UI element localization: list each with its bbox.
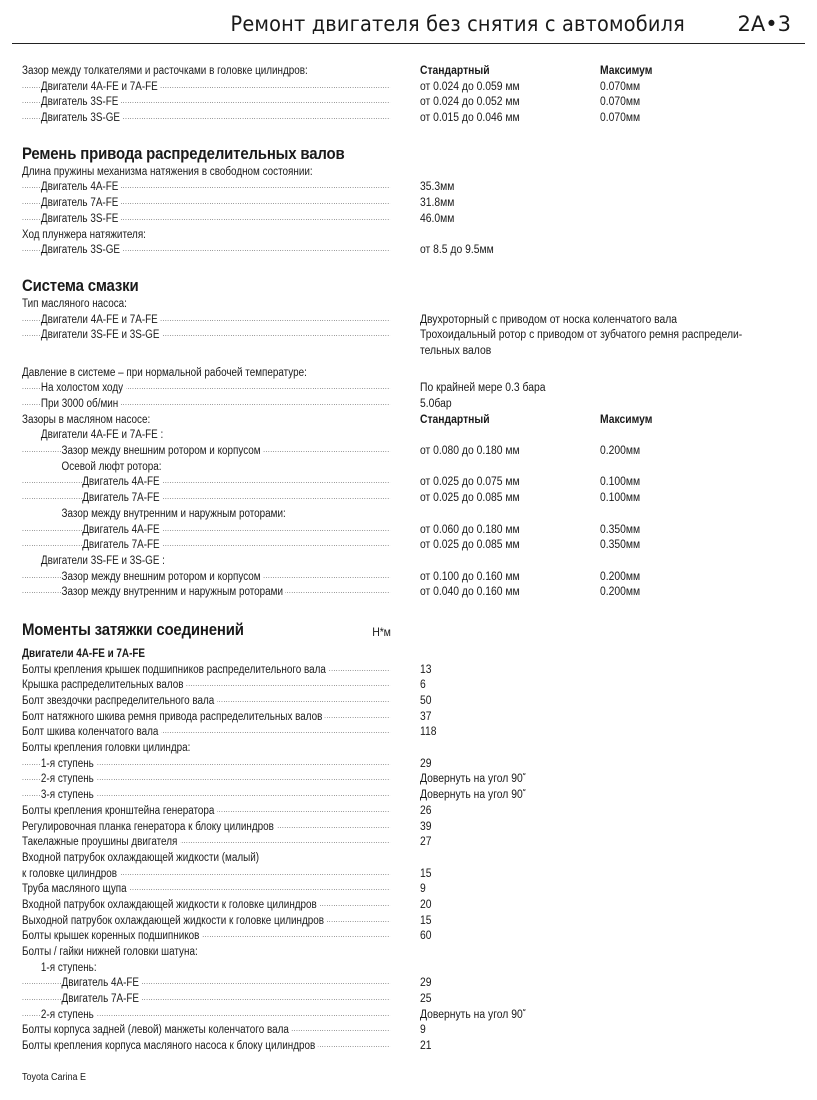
- spec-row: Двигатель 7A-FE от 0.025 до 0.085 мм 0.1…: [22, 491, 802, 507]
- spec-text: 0.200мм: [600, 570, 640, 586]
- spec-text: 26: [420, 804, 432, 820]
- spec-row: Зазор между внутренним и наружным ротора…: [22, 585, 802, 601]
- spec-text: Болты крепления корпуса масляного насоса…: [22, 1040, 318, 1052]
- spec-text: 37: [420, 710, 432, 726]
- spec-text: Труба масляного щупа: [22, 883, 129, 895]
- spec-text: Ход плунжера натяжителя:: [22, 228, 390, 244]
- spec-label: Крышка распределительных валов: [22, 678, 390, 694]
- spec-header-row: Зазоры в масляном насосе: Стандартный Ма…: [22, 413, 802, 429]
- spec-row: Такелажные проушины двигателя27: [22, 835, 802, 851]
- spec-label: Такелажные проушины двигателя: [22, 835, 390, 851]
- spec-text: Двигатель 4A-FE: [62, 977, 142, 989]
- section-title-torque: Моменты затяжки соединений Н*м: [22, 619, 708, 641]
- spec-text: 0.070мм: [600, 111, 640, 127]
- spec-label: Болты крепления крышек подшипников распр…: [22, 663, 390, 679]
- spec-row: Двигатель 4A-FE от 0.025 до 0.075 мм 0.1…: [22, 475, 802, 491]
- spec-row: Болт шкива коленчатого вала118: [22, 725, 802, 741]
- spec-text: Двигатели 4A-FE и 7A-FE: [22, 647, 390, 663]
- spec-text: от 8.5 до 9.5мм: [420, 243, 494, 259]
- spec-text: Болт звездочки распределительного вала: [22, 695, 217, 707]
- spec-text: Довернуть на угол 90˚: [420, 788, 526, 804]
- spec-text: Входной патрубок охлаждающей жидкости (м…: [22, 851, 390, 867]
- spec-row: Крышка распределительных валов6: [22, 678, 802, 694]
- spec-label: 2-я ступень: [22, 1008, 390, 1024]
- spec-text: Максимум: [600, 64, 652, 80]
- spec-group-label: Входной патрубок охлаждающей жидкости (м…: [22, 851, 802, 867]
- spec-text: от 0.080 до 0.180 мм: [420, 444, 520, 460]
- spec-text: Зазор между внешним ротором и корпусом: [62, 445, 264, 457]
- spec-text: Давление в системе – при нормальной рабо…: [22, 366, 390, 382]
- spec-text: 29: [420, 976, 432, 992]
- spec-label: Зазор между внешним ротором и корпусом: [22, 570, 390, 586]
- spec-label: 2-я ступень: [22, 772, 390, 788]
- spec-text: 20: [420, 898, 432, 914]
- spec-text: 118: [420, 725, 437, 741]
- spec-text: 1-я ступень:: [22, 961, 390, 977]
- spec-text: При 3000 об/мин: [41, 398, 121, 410]
- spec-row: Двигатели 3S-FE и 3S-GE Трохоидальный ро…: [22, 328, 802, 359]
- spec-text: Максимум: [600, 413, 652, 429]
- spec-group-label: Тип масляного насоса:: [22, 297, 802, 313]
- spec-text: 27: [420, 835, 432, 851]
- spec-text: Двигатель 4A-FE: [82, 476, 162, 488]
- spec-row: При 3000 об/мин 5.0бар: [22, 397, 802, 413]
- spec-text: 3-я ступень: [41, 789, 96, 801]
- spec-label: 3-я ступень: [22, 788, 390, 804]
- spec-text: На холостом ходу: [41, 382, 126, 394]
- spec-row: Двигатель 7A-FE от 0.025 до 0.085 мм 0.3…: [22, 538, 802, 554]
- document-body: Зазор между толкателями и расточками в г…: [22, 64, 802, 1055]
- spec-text: Болты крепления крышек подшипников распр…: [22, 664, 329, 676]
- spec-row: 2-я ступеньДовернуть на угол 90˚: [22, 772, 802, 788]
- spec-text: от 0.025 до 0.085 мм: [420, 491, 520, 507]
- spec-text: Двигатель 3S-GE: [41, 112, 123, 124]
- spec-text: Болты / гайки нижней головки шатуна:: [22, 945, 390, 961]
- spec-text: 21: [420, 1039, 432, 1055]
- spec-text: Зазор между внутренним и наружным ротора…: [22, 507, 390, 523]
- page-title: Ремонт двигателя без снятия с автомобиля: [231, 12, 685, 36]
- spec-text: Болты крышек коренных подшипников: [22, 930, 202, 942]
- spec-row: Болты крышек коренных подшипников60: [22, 929, 802, 945]
- spec-row: 1-я ступень29: [22, 757, 802, 773]
- spec-text: Двигатель 7A-FE: [62, 993, 142, 1005]
- spec-text: от 0.025 до 0.075 мм: [420, 475, 520, 491]
- spec-label: Двигатель 3S-GE: [22, 243, 390, 259]
- spec-text: от 0.015 до 0.046 мм: [420, 111, 520, 127]
- spec-text: 50: [420, 694, 432, 710]
- spec-text: 0.200мм: [600, 444, 640, 460]
- spec-label: Двигатель 7A-FE: [22, 992, 390, 1008]
- spec-text: 39: [420, 820, 432, 836]
- spec-text: Двигатель 7A-FE: [82, 539, 162, 551]
- spec-text: Двигатели 4A-FE и 7A-FE: [41, 81, 160, 93]
- spec-group-label: Двигатели 3S-FE и 3S-GE :: [22, 554, 802, 570]
- spec-text: от 0.060 до 0.180 мм: [420, 523, 520, 539]
- spec-text: Двигатели 4A-FE и 7A-FE :: [22, 428, 390, 444]
- spec-group-label: Длина пружины механизма натяжения в своб…: [22, 165, 802, 181]
- spec-text: Выходной патрубок охлаждающей жидкости к…: [22, 915, 327, 927]
- spec-text: Болт шкива коленчатого вала: [22, 726, 161, 738]
- spec-text: Стандартный: [420, 413, 490, 429]
- spec-label: Двигатели 4A-FE и 7A-FE: [22, 313, 390, 329]
- spec-label: Болт звездочки распределительного вала: [22, 694, 390, 710]
- spec-text: к головке цилиндров: [22, 868, 120, 880]
- spec-text: Двигатели 3S-FE и 3S-GE: [41, 329, 162, 341]
- spec-group-label: Двигатели 4A-FE и 7A-FE: [22, 647, 802, 663]
- spec-text: 0.350мм: [600, 523, 640, 539]
- spec-row: Болт натяжного шкива ремня привода распр…: [22, 710, 802, 726]
- spec-text: Крышка распределительных валов: [22, 679, 186, 691]
- spec-label: Выходной патрубок охлаждающей жидкости к…: [22, 914, 390, 930]
- spec-text: Длина пружины механизма натяжения в своб…: [22, 165, 390, 181]
- spec-label: Двигатель 4A-FE: [22, 976, 390, 992]
- spec-text: 29: [420, 757, 432, 773]
- spec-row: Двигатель 4A-FE 35.3мм: [22, 180, 802, 196]
- spec-label: Болты крепления корпуса масляного насоса…: [22, 1039, 390, 1055]
- spec-row: Двигатель 3S-FE от 0.024 до 0.052 мм 0.0…: [22, 95, 802, 111]
- section-title-belt: Ремень привода распределительных валов: [22, 143, 708, 165]
- spec-text: 0.070мм: [600, 80, 640, 96]
- spec-label: Двигатель 3S-FE: [22, 95, 390, 111]
- spec-row: Входной патрубок охлаждающей жидкости к …: [22, 898, 802, 914]
- spec-label: Зазор между внутренним и наружным ротора…: [22, 585, 390, 601]
- spec-label: Двигатель 4A-FE: [22, 523, 390, 539]
- spec-label: Болты корпуса задней (левой) манжеты кол…: [22, 1023, 390, 1039]
- spec-text: Регулировочная планка генератора к блоку…: [22, 821, 276, 833]
- spec-row: Двигатель 4A-FE29: [22, 976, 802, 992]
- spec-row: Двигатель 7A-FE 31.8мм: [22, 196, 802, 212]
- spec-text: 2-я ступень: [41, 773, 96, 785]
- spec-row: Болты корпуса задней (левой) манжеты кол…: [22, 1023, 802, 1039]
- spec-text: Стандартный: [420, 64, 490, 80]
- spec-row: Зазор между внешним ротором и корпусом о…: [22, 570, 802, 586]
- spec-group-label: Осевой люфт ротора:: [22, 460, 802, 476]
- spec-text: 15: [420, 914, 432, 930]
- spec-label: Двигатель 3S-GE: [22, 111, 390, 127]
- spec-row: Двигатель 3S-FE 46.0мм: [22, 212, 802, 228]
- torque-unit: Н*м: [372, 621, 390, 643]
- spec-label: Двигатель 4A-FE: [22, 475, 390, 491]
- spec-text: от 0.024 до 0.052 мм: [420, 95, 520, 111]
- spec-text: Болты корпуса задней (левой) манжеты кол…: [22, 1024, 291, 1036]
- spec-text: от 0.100 до 0.160 мм: [420, 570, 520, 586]
- spec-row: Труба масляного щупа9: [22, 882, 802, 898]
- spec-text: Зазор между толкателями и расточками в г…: [22, 64, 390, 80]
- spec-text: Зазоры в масляном насосе:: [22, 413, 390, 429]
- footer-model: Toyota Carina E: [22, 1072, 86, 1083]
- spec-text: 9: [420, 1023, 426, 1039]
- spec-group-label: Болты крепления головки цилиндра:: [22, 741, 802, 757]
- spec-text: 0.200мм: [600, 585, 640, 601]
- page-number: 2A•3: [738, 12, 791, 36]
- spec-row: Болт звездочки распределительного вала50: [22, 694, 802, 710]
- spec-text: 13: [420, 663, 432, 679]
- spec-text: 0.100мм: [600, 475, 640, 491]
- spec-label: Болты крышек коренных подшипников: [22, 929, 390, 945]
- spec-row: Двигатель 3S-GE от 8.5 до 9.5мм: [22, 243, 802, 259]
- spec-text: 9: [420, 882, 426, 898]
- spec-text: Двигатель 3S-FE: [41, 213, 121, 225]
- spec-group-label: Двигатели 4A-FE и 7A-FE :: [22, 428, 802, 444]
- spec-text: 2-я ступень: [41, 1009, 96, 1021]
- spec-text: По крайней мере 0.3 бара: [420, 381, 546, 397]
- spec-text: Моменты затяжки соединений: [22, 620, 244, 639]
- spec-text: Тип масляного насоса:: [22, 297, 390, 313]
- spec-text: Болты крепления кронштейна генератора: [22, 805, 217, 817]
- spec-header-row: Зазор между толкателями и расточками в г…: [22, 64, 802, 80]
- spec-group-label: Давление в системе – при нормальной рабо…: [22, 366, 802, 382]
- spec-row: Выходной патрубок охлаждающей жидкости к…: [22, 914, 802, 930]
- spec-text: 6: [420, 678, 426, 694]
- spec-row: Зазор между внешним ротором и корпусом о…: [22, 444, 802, 460]
- spec-label: Двигатель 7A-FE: [22, 538, 390, 554]
- spec-text: 0.100мм: [600, 491, 640, 507]
- spec-text: Двигатель 7A-FE: [41, 197, 121, 209]
- spec-text: Двигатели 3S-FE и 3S-GE :: [22, 554, 390, 570]
- spec-text: 35.3мм: [420, 180, 454, 196]
- spec-group-label: Зазор между внутренним и наружным ротора…: [22, 507, 802, 523]
- spec-text: Трохоидальный ротор с приводом от зубчат…: [420, 328, 762, 359]
- spec-text: Такелажные проушины двигателя: [22, 836, 180, 848]
- spec-text: 15: [420, 867, 432, 883]
- spec-row: 3-я ступеньДовернуть на угол 90˚: [22, 788, 802, 804]
- spec-row: Двигатель 3S-GE от 0.015 до 0.046 мм 0.0…: [22, 111, 802, 127]
- spec-group-label: 1-я ступень:: [22, 961, 802, 977]
- spec-text: Двигатели 4A-FE и 7A-FE: [41, 314, 160, 326]
- spec-row: Болты крепления крышек подшипников распр…: [22, 663, 802, 679]
- spec-text: Болт натяжного шкива ремня привода распр…: [22, 711, 325, 723]
- spec-label: Двигатель 4A-FE: [22, 180, 390, 196]
- spec-group-label: Ход плунжера натяжителя:: [22, 228, 802, 244]
- spec-label: При 3000 об/мин: [22, 397, 390, 413]
- spec-label: Труба масляного щупа: [22, 882, 390, 898]
- spec-label: к головке цилиндров: [22, 867, 390, 883]
- spec-text: 1-я ступень: [41, 758, 96, 770]
- spec-text: Осевой люфт ротора:: [22, 460, 390, 476]
- spec-text: 5.0бар: [420, 397, 452, 413]
- spec-text: 60: [420, 929, 432, 945]
- spec-text: Двигатель 3S-FE: [41, 96, 121, 108]
- spec-group-label: Болты / гайки нижней головки шатуна:: [22, 945, 802, 961]
- spec-text: Двухроторный с приводом от носка коленча…: [420, 313, 677, 329]
- spec-row: 2-я ступеньДовернуть на угол 90˚: [22, 1008, 802, 1024]
- spec-label: Двигатели 4A-FE и 7A-FE: [22, 80, 390, 96]
- spec-text: Зазор между внутренним и наружным ротора…: [62, 586, 286, 598]
- spec-label: Двигатели 3S-FE и 3S-GE: [22, 328, 390, 344]
- spec-label: Болт натяжного шкива ремня привода распр…: [22, 710, 390, 726]
- spec-text: Болты крепления головки цилиндра:: [22, 741, 390, 757]
- spec-row: Двигатель 7A-FE25: [22, 992, 802, 1008]
- spec-label: Входной патрубок охлаждающей жидкости к …: [22, 898, 390, 914]
- spec-label: Зазор между внешним ротором и корпусом: [22, 444, 390, 460]
- spec-text: Довернуть на угол 90˚: [420, 772, 526, 788]
- spec-label: На холостом ходу: [22, 381, 390, 397]
- spec-label: 1-я ступень: [22, 757, 390, 773]
- spec-text: Двигатель 3S-GE: [41, 244, 123, 256]
- spec-text: от 0.024 до 0.059 мм: [420, 80, 520, 96]
- spec-row: Двигатели 4A-FE и 7A-FE Двухроторный с п…: [22, 313, 802, 329]
- spec-row: Регулировочная планка генератора к блоку…: [22, 820, 802, 836]
- spec-label: Регулировочная планка генератора к блоку…: [22, 820, 390, 836]
- spec-text: Входной патрубок охлаждающей жидкости к …: [22, 899, 319, 911]
- spec-row: Болты крепления кронштейна генератора26: [22, 804, 802, 820]
- spec-row: Болты крепления корпуса масляного насоса…: [22, 1039, 802, 1055]
- spec-text: Двигатель 4A-FE: [82, 524, 162, 536]
- spec-text: 31.8мм: [420, 196, 454, 212]
- section-title-lubrication: Система смазки: [22, 275, 708, 297]
- spec-text: Двигатель 7A-FE: [82, 492, 162, 504]
- spec-text: 46.0мм: [420, 212, 454, 228]
- page-header: Ремонт двигателя без снятия с автомобиля…: [12, 0, 805, 44]
- spec-row: Двигатель 4A-FE от 0.060 до 0.180 мм 0.3…: [22, 523, 802, 539]
- spec-label: Двигатель 7A-FE: [22, 196, 390, 212]
- spec-text: Двигатель 4A-FE: [41, 181, 121, 193]
- spec-label: Болты крепления кронштейна генератора: [22, 804, 390, 820]
- spec-text: 25: [420, 992, 432, 1008]
- spec-row: к головке цилиндров15: [22, 867, 802, 883]
- spec-text: Зазор между внешним ротором и корпусом: [62, 571, 264, 583]
- spec-row: Двигатели 4A-FE и 7A-FE от 0.024 до 0.05…: [22, 80, 802, 96]
- spec-label: Двигатель 7A-FE: [22, 491, 390, 507]
- spec-text: 0.070мм: [600, 95, 640, 111]
- spec-text: 0.350мм: [600, 538, 640, 554]
- spec-text: от 0.040 до 0.160 мм: [420, 585, 520, 601]
- spec-label: Двигатель 3S-FE: [22, 212, 390, 228]
- spec-text: от 0.025 до 0.085 мм: [420, 538, 520, 554]
- spec-row: На холостом ходу По крайней мере 0.3 бар…: [22, 381, 802, 397]
- spec-label: Болт шкива коленчатого вала: [22, 725, 390, 741]
- spec-text: Довернуть на угол 90˚: [420, 1008, 526, 1024]
